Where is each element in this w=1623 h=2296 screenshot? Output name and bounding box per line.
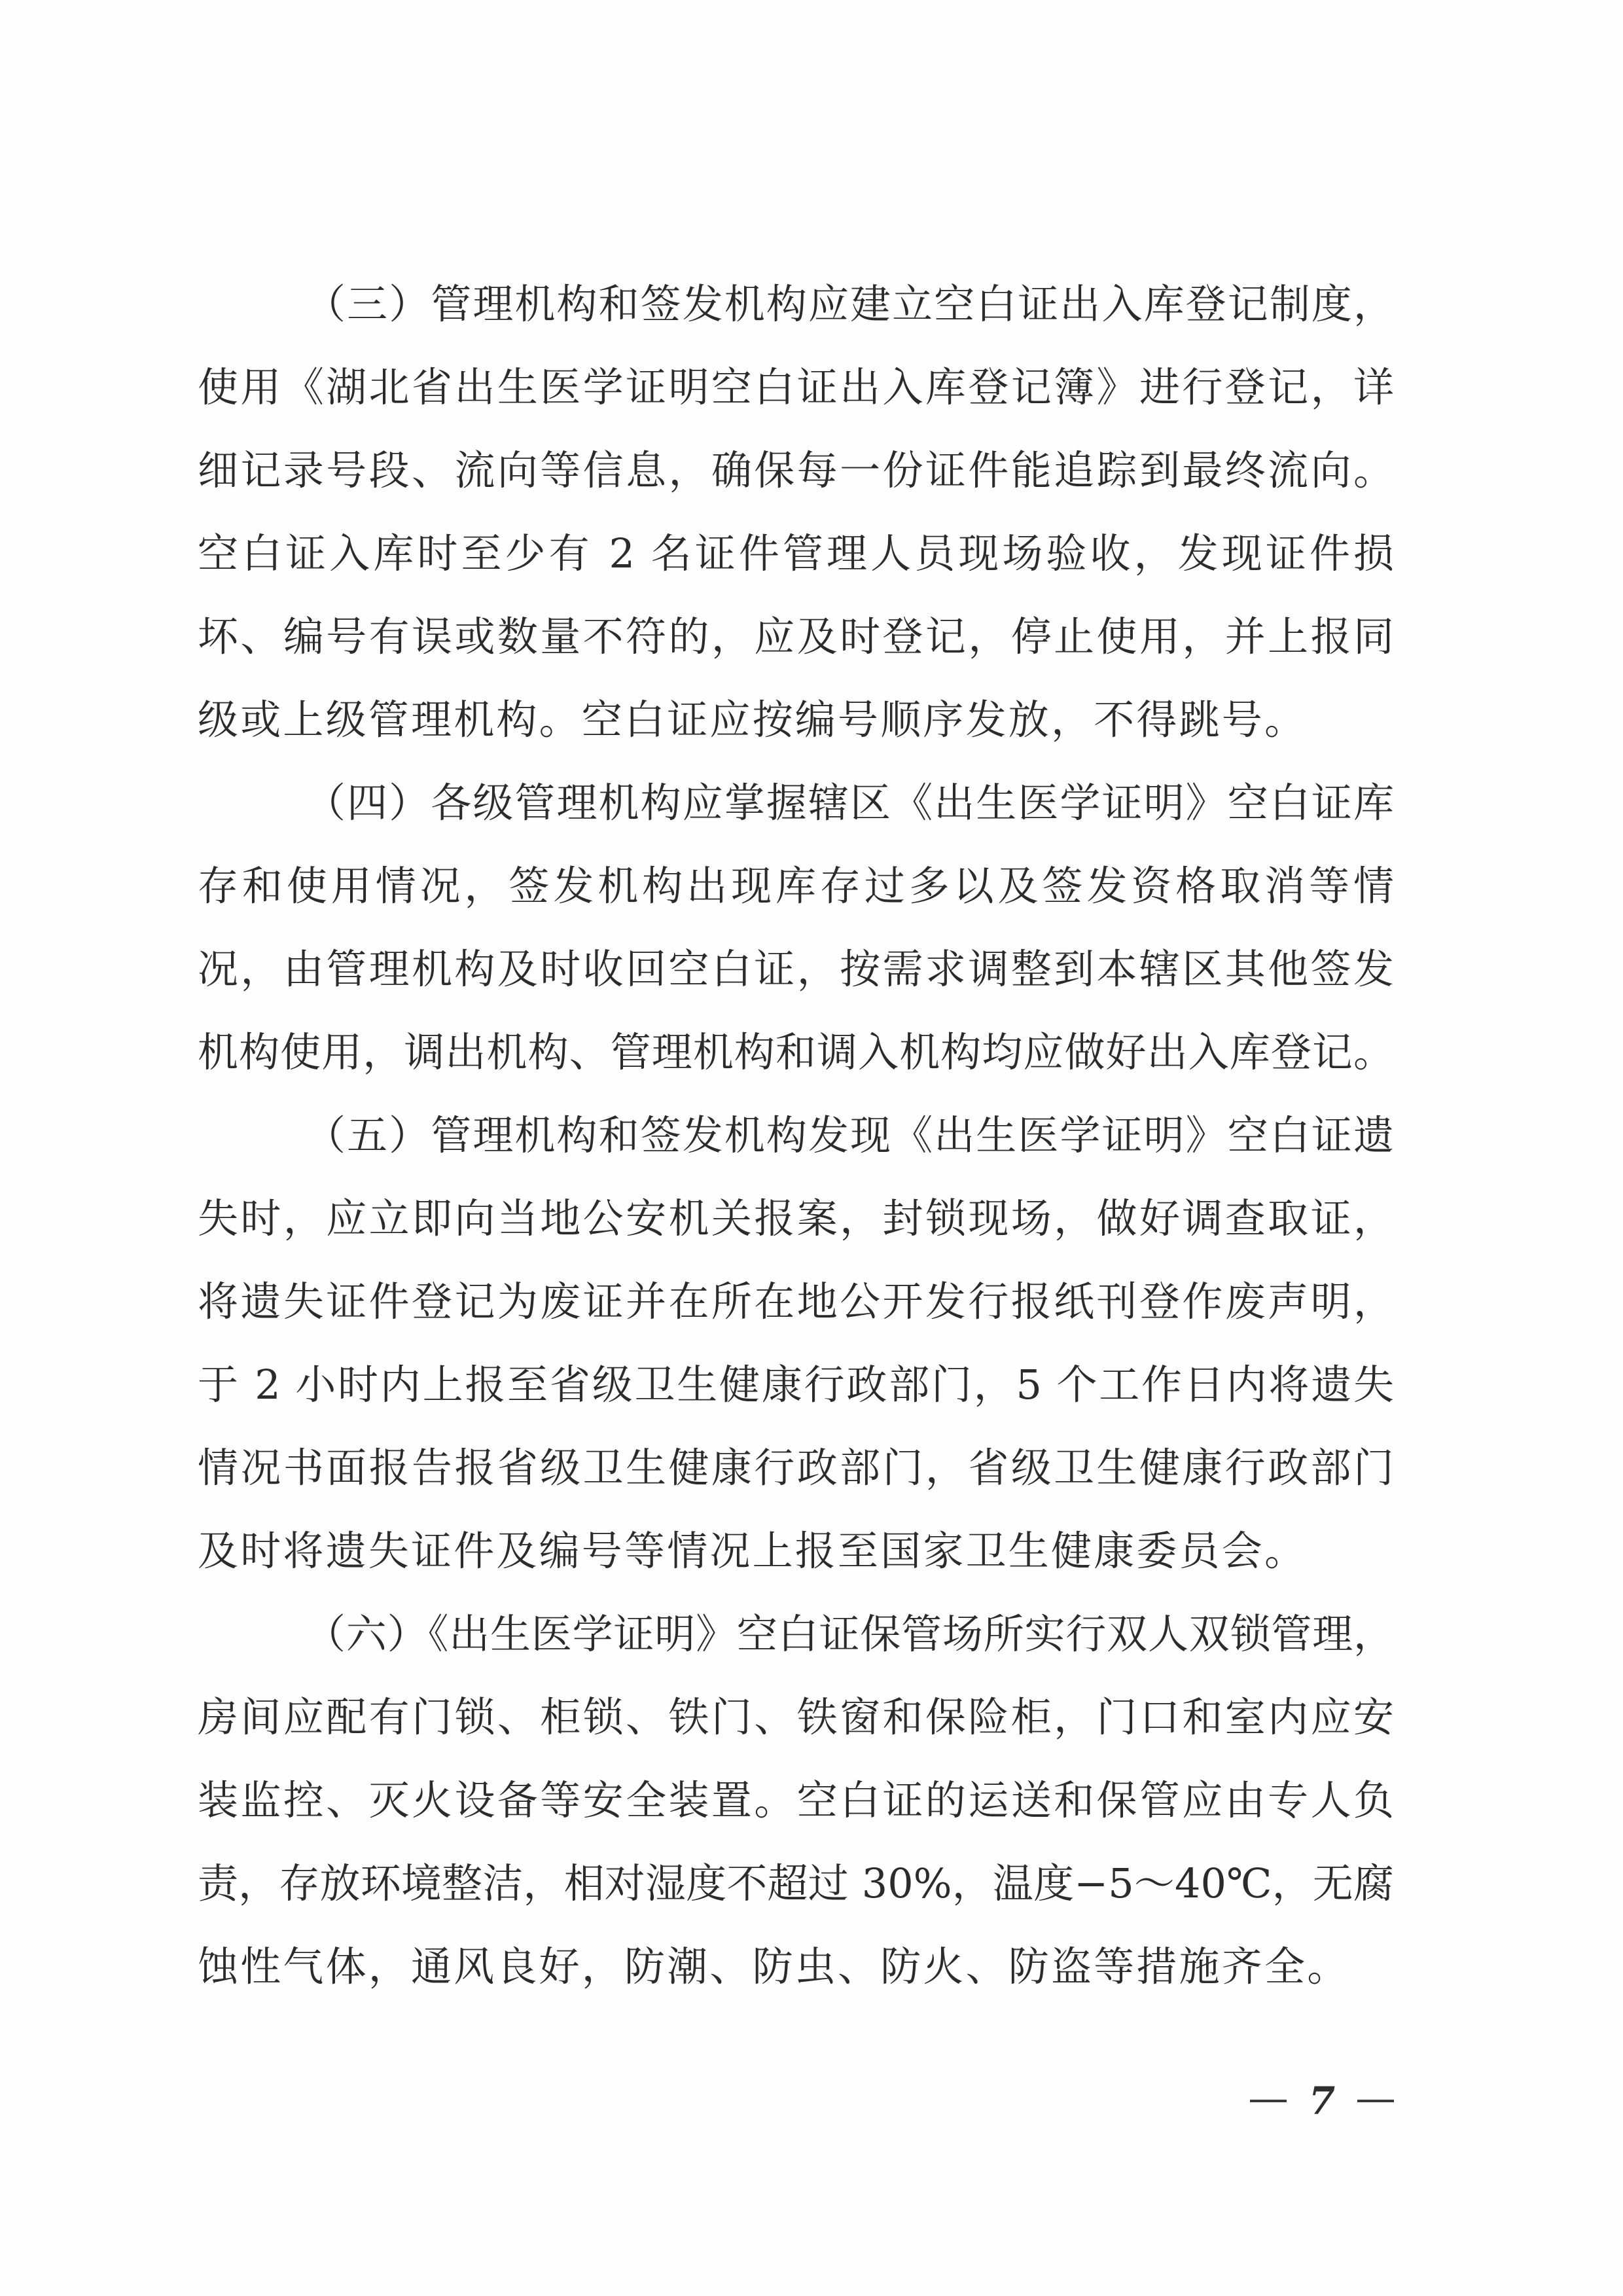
paragraph-line: （六）《出生医学证明》空白证保管场所实行双人双锁管理，: [198, 1592, 1394, 1676]
paragraph-line: 细记录号段、流向等信息，确保每一份证件能追踪到最终流向。: [198, 429, 1394, 512]
paragraph-line: 蚀性气体，通风良好，防潮、防虫、防火、防盗等措施齐全。: [198, 1925, 1394, 2008]
paragraph-line: 坏、编号有误或数量不符的，应及时登记，停止使用，并上报同: [198, 595, 1394, 678]
paragraph-line: （五）管理机构和签发机构发现《出生医学证明》空白证遗: [198, 1094, 1394, 1177]
page-number-value: 7: [1309, 2079, 1335, 2123]
paragraph-4-inventory-management: （四）各级管理机构应掌握辖区《出生医学证明》空白证库 存和使用情况，签发机构出现…: [198, 761, 1394, 1094]
paragraph-line: 存和使用情况，签发机构出现库存过多以及签发资格取消等情: [198, 844, 1394, 927]
paragraph-line: 空白证入库时至少有 2 名证件管理人员现场验收，发现证件损: [198, 512, 1394, 595]
paragraph-line: 责，存放环境整洁，相对湿度不超过 30%，温度−5～40℃，无腐: [198, 1842, 1394, 1925]
paragraph-line: 情况书面报告报省级卫生健康行政部门，省级卫生健康行政部门: [198, 1426, 1394, 1509]
paragraph-line: 房间应配有门锁、柜锁、铁门、铁窗和保险柜，门口和室内应安: [198, 1676, 1394, 1759]
paragraph-line: （三）管理机构和签发机构应建立空白证出入库登记制度，: [198, 262, 1394, 346]
paragraph-5-loss-reporting: （五）管理机构和签发机构发现《出生医学证明》空白证遗 失时，应立即向当地公安机关…: [198, 1094, 1394, 1592]
paragraph-line: 况，由管理机构及时收回空白证，按需求调整到本辖区其他签发: [198, 927, 1394, 1011]
paragraph-line: 及时将遗失证件及编号等情况上报至国家卫生健康委员会。: [198, 1509, 1394, 1592]
paragraph-line: 失时，应立即向当地公安机关报案，封锁现场，做好调查取证，: [198, 1177, 1394, 1260]
page-number: 7: [1250, 2075, 1394, 2127]
document-page: （三）管理机构和签发机构应建立空白证出入库登记制度， 使用《湖北省出生医学证明空…: [0, 0, 1623, 2296]
paragraph-line: 于 2 小时内上报至省级卫生健康行政部门，5 个工作日内将遗失: [198, 1343, 1394, 1426]
paragraph-line: 将遗失证件登记为废证并在所在地公开发行报纸刊登作废声明，: [198, 1260, 1394, 1343]
body-text: （三）管理机构和签发机构应建立空白证出入库登记制度， 使用《湖北省出生医学证明空…: [198, 262, 1394, 2008]
paragraph-3-blank-certificate-registration: （三）管理机构和签发机构应建立空白证出入库登记制度， 使用《湖北省出生医学证明空…: [198, 262, 1394, 761]
paragraph-line: （四）各级管理机构应掌握辖区《出生医学证明》空白证库: [198, 761, 1394, 844]
paragraph-line: 级或上级管理机构。空白证应按编号顺序发放，不得跳号。: [198, 678, 1394, 761]
page-number-left-dash: [1250, 2100, 1287, 2102]
page-number-right-dash: [1357, 2100, 1394, 2102]
paragraph-line: 装监控、灭火设备等安全装置。空白证的运送和保管应由专人负: [198, 1759, 1394, 1842]
paragraph-line: 使用《湖北省出生医学证明空白证出入库登记簿》进行登记，详: [198, 346, 1394, 429]
paragraph-line: 机构使用，调出机构、管理机构和调入机构均应做好出入库登记。: [198, 1011, 1394, 1094]
paragraph-6-storage-security: （六）《出生医学证明》空白证保管场所实行双人双锁管理， 房间应配有门锁、柜锁、铁…: [198, 1592, 1394, 2008]
